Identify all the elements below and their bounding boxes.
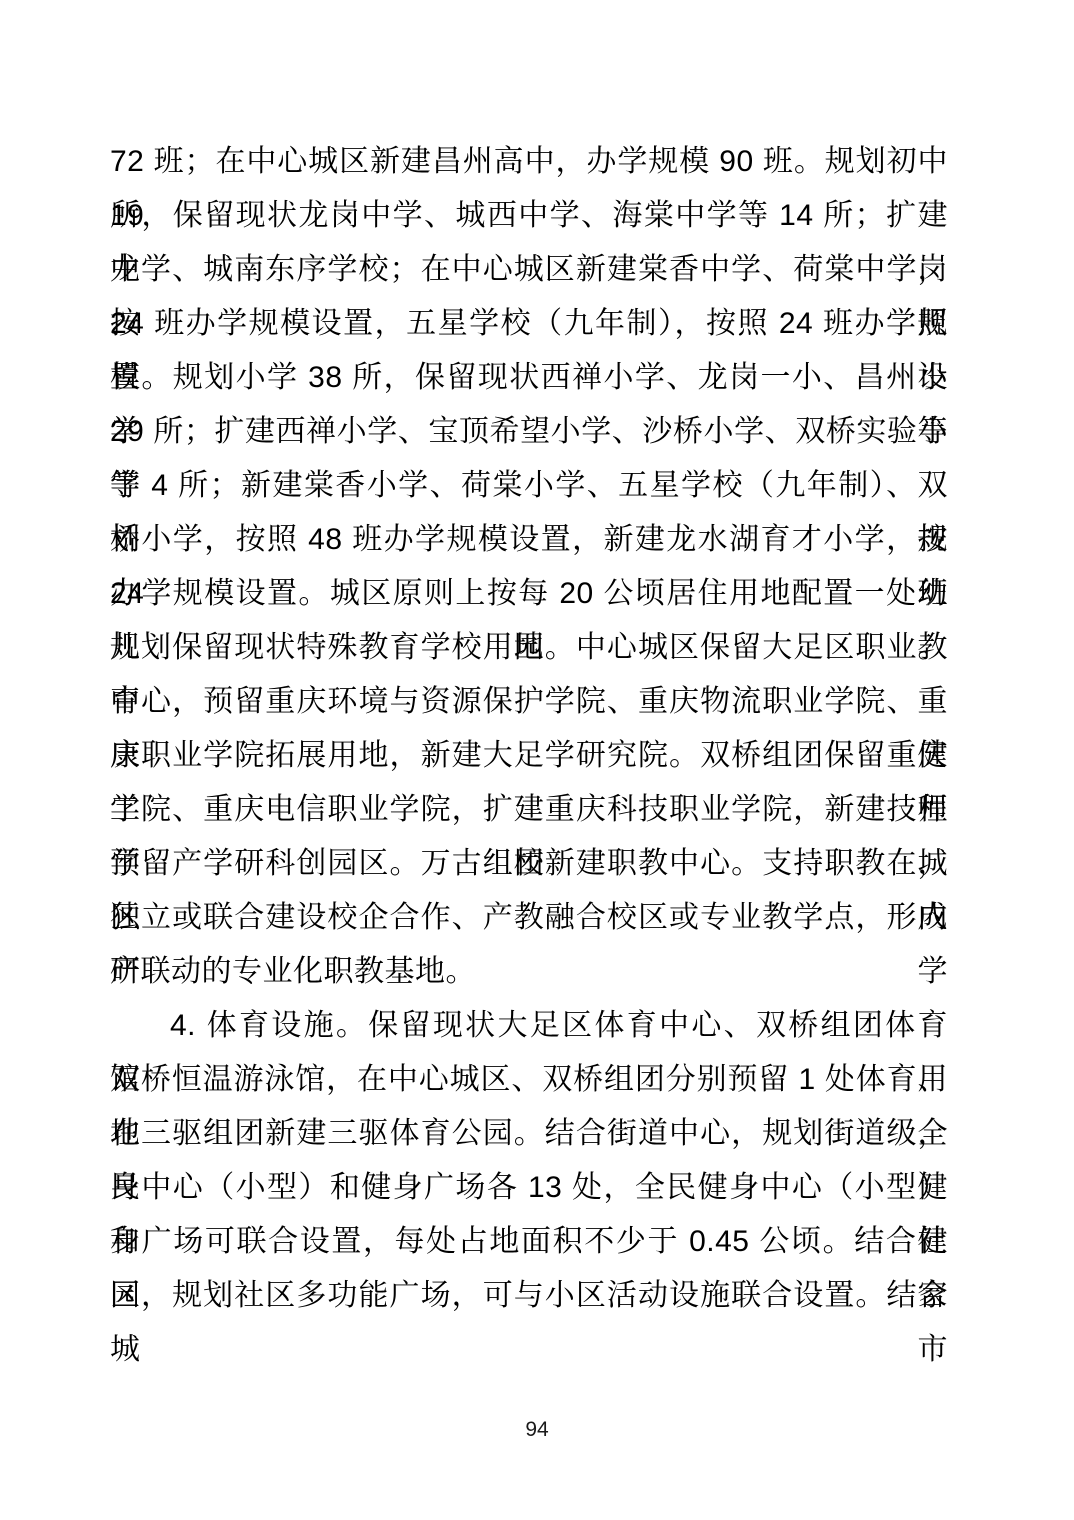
text-line: 园，规划社区多功能广场，可与小区活动设施联合设置。结合城市	[110, 1269, 948, 1323]
page-number: 94	[0, 1416, 1074, 1444]
text-line: 办学规模设置。城区原则上按每 20 公顷居住用地配置一处幼儿园。	[110, 567, 948, 621]
document-page: 72 班；在中心城区新建昌州高中，办学规模 90 班。规划初中 19 所，保留现…	[0, 0, 1074, 1520]
text-line: 24 班办学规模设置，五星学校（九年制），按照 24 班办学规模设	[110, 297, 948, 351]
text-line: 双桥恒温游泳馆，在中心城区、双桥组团分别预留 1 处体育用地，	[110, 1053, 948, 1107]
text-line: 29 所；扩建西禅小学、宝顶希望小学、沙桥小学、双桥实验小学	[110, 405, 948, 459]
text-line: 在三驱组团新建三驱体育公园。结合街道中心，规划街道级全民健	[110, 1107, 948, 1161]
text-line: 预留产学研科创园区。万古组团新建职教中心。支持职教在城区内	[110, 837, 948, 891]
text-line: 中心，预留重庆环境与资源保护学院、重庆物流职业学院、重庆健	[110, 675, 948, 729]
text-line: 独立或联合建设校企合作、产教融合校区或专业教学点，形成产学	[110, 891, 948, 945]
text-line: 中学、城南东序学校；在中心城区新建棠香中学、荷棠中学，按照	[110, 243, 948, 297]
text-line-paragraph-start: 4. 体育设施。保留现状大足区体育中心、双桥组团体育馆、	[110, 999, 948, 1053]
text-line: 等 4 所；新建棠香小学、荷棠小学、五星学校（九年制）、双桥规	[110, 459, 948, 513]
text-line: 规划保留现状特殊教育学校用地。中心城区保留大足区职业教育	[110, 621, 948, 675]
text-line: 身广场可联合设置，每处占地面积不少于 0.45 公顷。结合社区家	[110, 1215, 948, 1269]
text-line: 划小学，按照 48 班办学规模设置，新建龙水湖育才小学，按 24 班	[110, 513, 948, 567]
text-line: 置。规划小学 38 所，保留现状西禅小学、龙岗一小、昌州小学等	[110, 351, 948, 405]
text-line: 学院、重庆电信职业学院，扩建重庆科技职业学院，新建技师学校，	[110, 783, 948, 837]
text-line: 康职业学院拓展用地，新建大足学研究院。双桥组团保留重庆工程	[110, 729, 948, 783]
text-line: 身中心（小型）和健身广场各 13 处，全民健身中心（小型）和健	[110, 1161, 948, 1215]
text-block: 72 班；在中心城区新建昌州高中，办学规模 90 班。规划初中 19 所，保留现…	[110, 135, 948, 1323]
text-line: 所，保留现状龙岗中学、城西中学、海棠中学等 14 所；扩建龙岗	[110, 189, 948, 243]
text-line: 72 班；在中心城区新建昌州高中，办学规模 90 班。规划初中 19	[110, 135, 948, 189]
